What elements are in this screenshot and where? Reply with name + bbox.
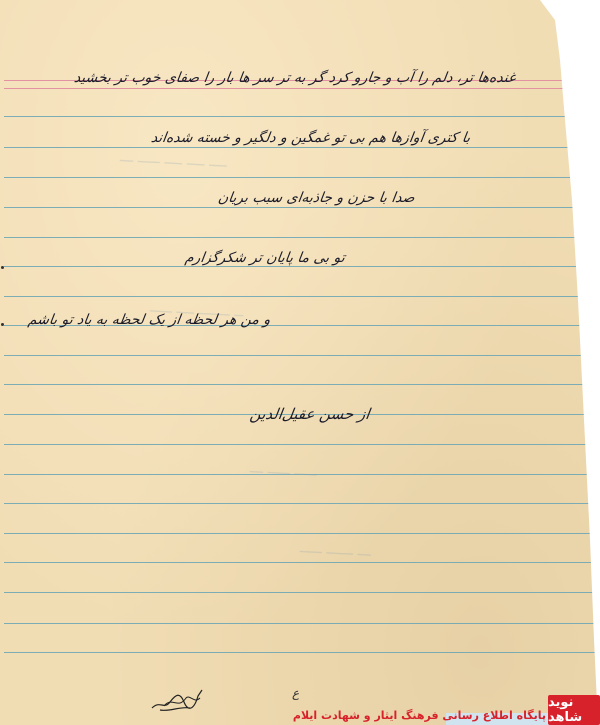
handwritten-line: با کتری آوازها هم بی تو غمگین و دلگیر و … — [150, 130, 471, 146]
navid-shahed-logo: نوید شاهد — [548, 695, 600, 725]
margin-rule — [4, 88, 600, 89]
ruled-line — [4, 116, 600, 117]
site-watermark: پایگاه اطلاع رسانی فرهنگ ایثار و شهادت ا… — [412, 690, 600, 725]
ruled-line — [4, 355, 600, 356]
ruled-line — [4, 237, 600, 238]
lined-paper: ـــ ـــــ ــــ ــــ ــــ ـــــ ــــ ــــ… — [0, 0, 600, 725]
ruled-line — [4, 266, 600, 267]
handwritten-line: تو بی ما پایان تر شکرگزارم — [184, 250, 346, 266]
ruled-line — [4, 592, 600, 593]
handwritten-line: و من هر لحظه از یک لحظه به یاد تو باشم — [27, 312, 272, 328]
handwritten-mark: ع — [292, 686, 299, 700]
author-signature-line: از حسن عقیل‌الدین — [249, 405, 371, 423]
ruled-line — [4, 147, 600, 148]
ruled-line — [4, 296, 600, 297]
ruled-line — [4, 652, 600, 653]
margin-dot — [1, 266, 4, 269]
bleed-through-text: ـــ ـــــ ـــــ — [250, 458, 318, 479]
ruled-line — [4, 533, 600, 534]
handwritten-line: صدا با حزن و جاذبه‌ای سبب بریان — [217, 190, 416, 206]
watermark-caption: پایگاه اطلاع رسانی فرهنگ ایثار و شهادت ا… — [293, 709, 546, 722]
ruled-line — [4, 177, 600, 178]
ruled-line — [4, 562, 600, 563]
handwritten-line: غنده‌ها تر، دلم را آب و جارو کرد گر به ت… — [72, 70, 516, 86]
ruled-line — [4, 444, 600, 445]
signature-scribble — [150, 688, 210, 713]
margin-dot — [1, 323, 4, 326]
ruled-line — [4, 207, 600, 208]
ruled-line — [4, 384, 600, 385]
ruled-line — [4, 623, 600, 624]
ruled-line — [4, 503, 600, 504]
bleed-through-text: ـــــ ــــــ ـــ — [300, 538, 372, 560]
bleed-through-text: ـــ ـــــ ــــ ــــ ــــ — [120, 147, 228, 171]
